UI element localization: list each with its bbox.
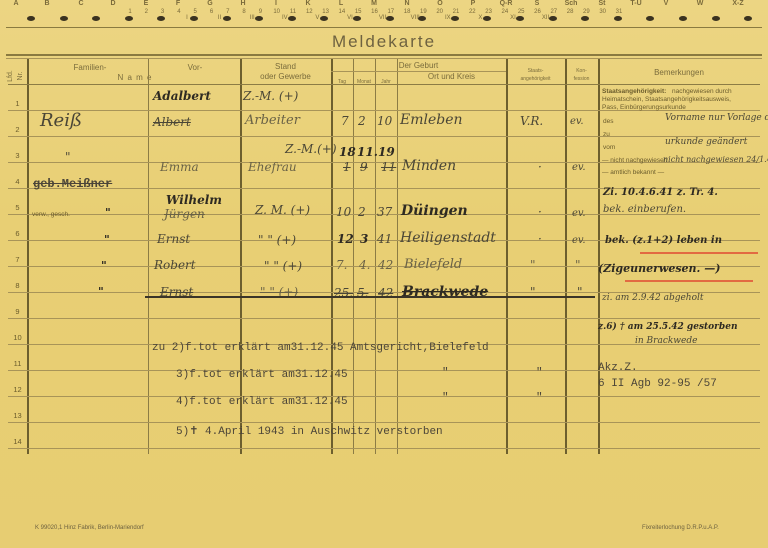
index-letter: B <box>44 0 49 7</box>
entry-5-jahr: 42 <box>378 258 393 272</box>
typed-remark-akz: Akz.Z. <box>598 362 638 374</box>
typed-note-4: 4)f.tot erklärt am31.12.45 <box>176 396 348 408</box>
entry-5-vorname: Robert <box>154 258 196 272</box>
staats-label: Staatsangehörigkeit: <box>602 88 666 95</box>
row-rule <box>8 448 760 449</box>
index-letter: Sch <box>565 0 578 7</box>
header-jahr: Jahr <box>375 77 397 87</box>
punch-hole <box>27 16 35 21</box>
vom-label: vom <box>603 144 615 151</box>
row-number: 6 <box>8 229 27 238</box>
index-day-number: 8 <box>242 9 245 15</box>
index-day-number: 4 <box>177 9 180 15</box>
entry-2-staats: · <box>538 160 542 174</box>
index-letter: O <box>437 0 442 7</box>
red-underline-2 <box>625 280 753 282</box>
index-month-numeral: X <box>478 15 482 21</box>
index-day-number: 3 <box>161 9 164 15</box>
header-geburt: Der Geburt <box>331 61 506 71</box>
entry-4-jahr: 41 <box>377 232 392 246</box>
index-letter: I <box>275 0 277 7</box>
remark-nicht-nachgewiesen: nicht nachgewiesen 24/1.40 gez. <box>663 155 768 164</box>
index-letter: T-U <box>630 0 641 7</box>
entry-5-konfession: " <box>575 258 581 272</box>
nicht-nachgewiesen-label: — nicht nachgewiesen <box>602 157 667 164</box>
punch-hole <box>157 16 165 21</box>
index-day-number: 30 <box>599 9 606 15</box>
row-rule <box>8 318 760 319</box>
punch-hole <box>353 16 361 21</box>
index-letter: H <box>240 0 245 7</box>
index-letter: D <box>110 0 115 7</box>
entry-2-ort: Minden <box>402 158 456 174</box>
index-day-number: 10 <box>273 9 280 15</box>
zu-label: zu <box>603 131 610 138</box>
punch-hole <box>483 16 491 21</box>
typed-note-3-ditto-2: " <box>536 367 543 379</box>
index-day-number: 9 <box>259 9 262 15</box>
entry-2-konfession: ev. <box>572 162 586 173</box>
index-day-number: 28 <box>567 9 574 15</box>
typed-note-4-ditto-1: " <box>442 392 449 404</box>
entry-3-familienname: " <box>105 206 111 219</box>
punch-hole <box>320 16 328 21</box>
column-divider <box>375 59 376 454</box>
punch-hole <box>516 16 524 21</box>
strip-rule <box>6 27 762 28</box>
entry-2-jahr: 19 <box>378 145 395 159</box>
index-letter: W <box>697 0 704 7</box>
footer-printer: K 99020,1 Hinz Fabrik, Berlin-Mariendorf <box>35 525 144 531</box>
entry-4-familienname: " <box>104 233 110 246</box>
column-divider <box>598 59 600 454</box>
index-letter: St <box>599 0 606 7</box>
punch-hole <box>712 16 720 21</box>
punch-hole <box>223 16 231 21</box>
index-day-number: 19 <box>420 9 427 15</box>
row-rule <box>8 422 760 423</box>
index-day-number: 12 <box>306 9 313 15</box>
index-day-number: 26 <box>534 9 541 15</box>
index-day-number: 17 <box>387 9 394 15</box>
entry-1-konfession: ev. <box>570 116 584 127</box>
row-rule <box>8 136 760 137</box>
header-gewerbe: oder Gewerbe <box>240 72 331 82</box>
remark-gestorben-2: in Brackwede <box>635 336 697 346</box>
entry-2-tag-struck: 1 <box>343 160 351 174</box>
row-number: 9 <box>8 307 27 316</box>
row-number: 10 <box>8 333 27 342</box>
remark-einberufen-1: Zi. 10.4.6.41 z. Tr. 4. <box>603 187 718 198</box>
index-day-number: 25 <box>518 9 525 15</box>
entry-1-familienname: Reiß <box>40 110 82 131</box>
punch-hole <box>581 16 589 21</box>
index-day-number: 16 <box>371 9 378 15</box>
remark-abgeholt: zi. am 2.9.42 abgeholt <box>602 293 704 303</box>
row-number: 4 <box>8 177 27 186</box>
remark-vorname-1: Vorname nur Vorlage der Geburts- <box>665 113 768 123</box>
punch-hole <box>614 16 622 21</box>
footer-patent: Fixreiterlochung D.R.P.u.A.P. <box>642 525 719 531</box>
index-day-number: 22 <box>469 9 476 15</box>
entry-4-monat: 3 <box>360 232 368 246</box>
entry-5-stand: " " (+) <box>264 259 302 273</box>
typed-note-3-ditto-1: " <box>442 367 449 379</box>
header-familien: Familien- <box>60 63 120 73</box>
column-divider <box>353 59 354 454</box>
title-rule-thin <box>6 58 762 59</box>
punch-hole <box>255 16 263 21</box>
entry-1-vorname-struck: Albert <box>153 115 191 129</box>
entry-4-vorname: Ernst <box>157 232 190 246</box>
entry-2-jahr-struck: 11 <box>381 160 396 174</box>
entry-2-monat: 11. <box>357 145 378 159</box>
entry-1-jahr: 10 <box>377 114 392 128</box>
entry-3-jahr: 37 <box>377 205 392 219</box>
header-ort: Ort und Kreis <box>397 72 506 82</box>
index-letter: F <box>176 0 180 7</box>
index-letter: C <box>78 0 83 7</box>
verw-gesch-label: verw., gesch. <box>32 211 70 218</box>
index-day-number: 13 <box>322 9 329 15</box>
row-rule <box>8 396 760 397</box>
remark-leben-in: bek. (z.1+2) leben in <box>605 235 722 246</box>
row-number: 8 <box>8 281 27 290</box>
column-divider <box>331 59 333 454</box>
punch-hole <box>646 16 654 21</box>
index-day-number: 29 <box>583 9 590 15</box>
amtlich-bekannt-label: — amtlich bekannt — <box>602 169 664 176</box>
entry-4-konfession: ev. <box>572 235 586 246</box>
entry-3-staats: · <box>538 205 542 219</box>
index-letter: G <box>207 0 212 7</box>
row-number: 1 <box>8 99 27 108</box>
column-divider <box>240 59 242 454</box>
index-day-number: 6 <box>210 9 213 15</box>
header-name: N a m e <box>100 73 170 83</box>
index-day-number: 7 <box>226 9 229 15</box>
entry-5-staats: " <box>530 258 536 272</box>
row-number: 11 <box>8 359 27 368</box>
column-divider <box>27 59 29 454</box>
index-letter: L <box>339 0 343 7</box>
index-month-numeral: VI <box>347 15 353 21</box>
column-divider <box>565 59 567 454</box>
entry-5-tag: 7. <box>336 258 347 272</box>
entry-3-stand: Z. M. (+) <box>255 203 310 217</box>
index-day-number: 24 <box>502 9 509 15</box>
entry-2-familienname: " <box>65 150 71 164</box>
row-number: 5 <box>8 203 27 212</box>
index-day-number: 18 <box>404 9 411 15</box>
staats-text-1: nachgewiesen durch <box>672 88 732 95</box>
des-label: des <box>603 118 613 125</box>
index-letter: X-Z <box>732 0 743 7</box>
index-month-numeral: III <box>250 15 255 21</box>
typed-note-5: 5)✝ 4.April 1943 in Auschwitz verstorben <box>176 424 443 438</box>
index-day-number: 11 <box>290 9 296 15</box>
index-month-numeral: IX <box>445 15 451 21</box>
index-day-number: 2 <box>145 9 148 15</box>
entry-5-ort: Bielefeld <box>404 257 462 272</box>
entry-1-tag: 7 <box>341 114 349 128</box>
entry-3-vorname-struck: Jürgen <box>164 207 205 221</box>
index-strip: ABCDEFGHIKLMNOPQ-RSSchStT-UVWX-Z12345678… <box>0 0 768 26</box>
punch-hole <box>679 16 687 21</box>
index-month-numeral: V <box>315 15 319 21</box>
row-rule <box>8 370 760 371</box>
index-letter: V <box>664 0 669 7</box>
geburt-subrule <box>331 71 506 72</box>
index-letter: S <box>535 0 540 7</box>
index-month-numeral: II <box>218 15 221 21</box>
entry-1-ort: Emleben <box>400 112 463 128</box>
row-number: 3 <box>8 151 27 160</box>
punch-hole <box>549 16 557 21</box>
index-day-number: 14 <box>339 9 346 15</box>
entry-2-vorname: Emma <box>160 160 199 174</box>
index-month-numeral: I <box>186 15 188 21</box>
punch-hole <box>386 16 394 21</box>
index-day-number: 1 <box>128 9 131 15</box>
header-stand: Stand <box>240 62 331 72</box>
remark-vorname-2: urkunde geändert <box>665 137 747 147</box>
entry-3-vorname: Wilhelm <box>166 193 222 207</box>
card-title: Meldekarte <box>0 32 768 52</box>
red-underline-1 <box>640 252 758 254</box>
entry-3-ort: Düingen <box>401 203 468 219</box>
remark-gestorben-1: z.6) † am 25.5.42 gestorben <box>598 322 738 332</box>
index-day-number: 31 <box>616 9 623 15</box>
entry-1-stand-2: Arbeiter <box>245 113 300 128</box>
entry-4-tag: 12 <box>337 232 354 246</box>
entry-1-monat: 2 <box>358 114 366 128</box>
column-divider <box>397 59 398 454</box>
entry-3-geb-name: geb.Meißner <box>33 177 112 191</box>
entry-2-tag: 18 <box>339 145 356 159</box>
row-number: 13 <box>8 411 27 420</box>
punch-hole <box>190 16 198 21</box>
index-day-number: 5 <box>194 9 197 15</box>
index-letter: E <box>144 0 149 7</box>
column-divider <box>506 59 508 454</box>
typed-note-3: 3)f.tot erklärt am31.12.45 <box>176 369 348 381</box>
entry-4-staats: · <box>538 232 542 246</box>
index-day-number: 21 <box>453 9 460 15</box>
entry-3-tag: 10 <box>336 205 351 219</box>
entry-1-vorname: Adalbert <box>153 89 211 103</box>
staats-text-3: Pass, Einbürgerungsurkunde <box>602 104 686 111</box>
entry-5-monat: 4. <box>359 258 370 272</box>
punch-hole <box>744 16 752 21</box>
index-day-number: 15 <box>355 9 362 15</box>
index-letter: Q-R <box>500 0 513 7</box>
column-divider <box>148 59 149 454</box>
row-number: 7 <box>8 255 27 264</box>
index-letter: A <box>13 0 18 7</box>
punch-hole <box>125 16 133 21</box>
row-number: 12 <box>8 385 27 394</box>
entry-2-stand: Z.-M.(+) <box>285 142 337 156</box>
index-day-number: 20 <box>436 9 443 15</box>
typed-note-zu-2: zu 2)f.tot erklärt am31.12.45 Amtsgerich… <box>152 342 489 354</box>
header-konf-2: fession <box>565 74 598 84</box>
title-rule <box>6 54 762 56</box>
entry-2-monat-struck: 9 <box>360 160 368 174</box>
header-vor: Vor- <box>165 63 225 73</box>
index-day-number: 27 <box>550 9 557 15</box>
entry-3-monat: 2 <box>358 205 366 219</box>
row-6-strikethrough <box>145 296 595 298</box>
remark-zigeunerwesen: (Zigeunerwesen. —) <box>598 262 720 275</box>
row-number: 2 <box>8 125 27 134</box>
index-letter: K <box>305 0 310 7</box>
entry-1-staats: V.R. <box>520 114 543 128</box>
header-bemerkungen: Bemerkungen <box>598 68 760 78</box>
index-letter: M <box>371 0 377 7</box>
index-month-numeral: IV <box>282 15 288 21</box>
header-monat: Monat <box>353 77 375 87</box>
index-letter: P <box>471 0 476 7</box>
header-tag: Tag <box>331 77 353 87</box>
row-number: 14 <box>8 437 27 446</box>
remark-einberufen-2: bek. einberufen. <box>603 204 686 215</box>
entry-2-stand-2: Ehefrau <box>248 160 297 174</box>
punch-hole <box>451 16 459 21</box>
staats-text-2: Heimatschein, Staatsangehörigkeitsauswei… <box>602 96 731 103</box>
entry-4-stand: " " (+) <box>258 233 296 247</box>
header-bottom-rule <box>8 84 760 85</box>
punch-hole <box>60 16 68 21</box>
index-letter: N <box>404 0 409 7</box>
punch-hole <box>418 16 426 21</box>
punch-hole <box>92 16 100 21</box>
meldekarte-card: ABCDEFGHIKLMNOPQ-RSSchStT-UVWX-Z12345678… <box>0 0 768 548</box>
entry-6-familienname: " <box>98 285 104 298</box>
entry-5-familienname: " <box>101 259 107 272</box>
index-day-number: 23 <box>485 9 492 15</box>
entry-4-ort: Heiligenstadt <box>400 230 496 246</box>
entry-3-konfession: ev. <box>572 208 586 219</box>
punch-hole <box>288 16 296 21</box>
typed-remark-aktenzeichen: 6 II Agb 92-95 /57 <box>598 378 717 390</box>
header-staats-2: angehörigkeit <box>506 74 565 84</box>
entry-1-stand: Z.-M. (+) <box>243 89 298 103</box>
index-month-numeral: XI <box>510 15 516 21</box>
typed-note-4-ditto-2: " <box>536 392 543 404</box>
